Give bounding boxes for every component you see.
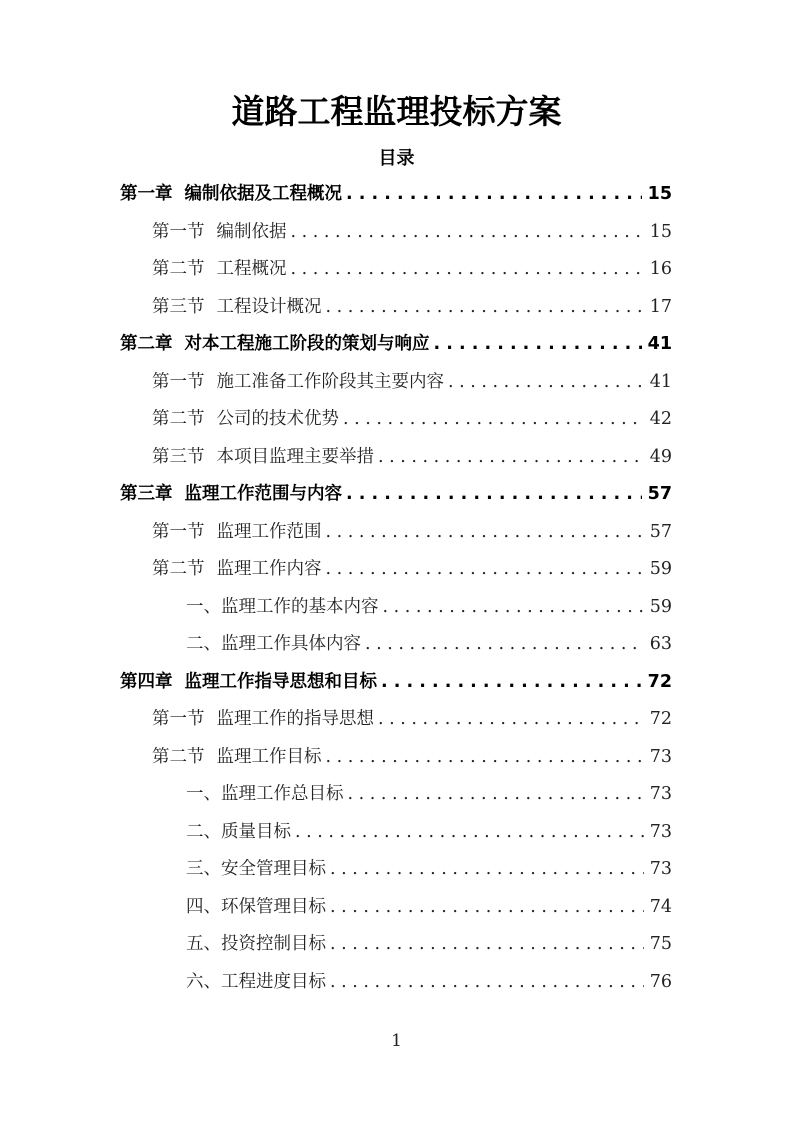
toc-entry-number: 二、 (186, 817, 221, 847)
dot-leader (346, 479, 642, 509)
toc-entry-page: 63 (650, 629, 672, 659)
toc-entry-number: 第三章 (120, 479, 173, 509)
toc-entry-subsection[interactable]: 二、 监理工作具体内容 63 (186, 629, 672, 659)
toc-entry-section[interactable]: 第二节 公司的技术优势 42 (152, 404, 672, 434)
dot-leader (330, 967, 644, 997)
dot-leader (330, 854, 644, 884)
toc-entry-page: 42 (650, 404, 672, 434)
toc-entry-title: 监理工作总目标 (221, 779, 344, 809)
toc-entry-title: 监理工作目标 (217, 742, 322, 772)
toc-entry-page: 73 (650, 817, 672, 847)
toc-entry-number: 第二节 (152, 404, 205, 434)
toc-entry-subsection[interactable]: 二、 质量目标 73 (186, 817, 672, 847)
dot-leader (343, 404, 644, 434)
toc-entry-title: 监理工作的基本内容 (221, 592, 379, 622)
toc-entry-page: 59 (650, 554, 672, 584)
dot-leader (365, 629, 644, 659)
toc-entry-page: 49 (650, 442, 672, 472)
toc-entry-page: 15 (650, 217, 672, 247)
toc-entry-page: 57 (648, 479, 672, 509)
dot-leader (326, 742, 644, 772)
toc-entry-number: 第二章 (120, 329, 173, 359)
toc-entry-title: 工程设计概况 (217, 292, 322, 322)
toc-entry-number: 第一节 (152, 217, 205, 247)
toc-entry-number: 第三节 (152, 292, 205, 322)
dot-leader (381, 667, 642, 697)
toc-entry-page: 73 (650, 854, 672, 884)
toc-entry-number: 第一节 (152, 367, 205, 397)
dot-leader (346, 179, 642, 209)
toc-entry-chapter[interactable]: 第一章 编制依据及工程概况 15 (120, 179, 672, 209)
toc-entry-subsection[interactable]: 六、 工程进度目标 76 (186, 967, 672, 997)
dot-leader (326, 554, 644, 584)
toc-entry-number: 四、 (186, 892, 221, 922)
toc-entry-section[interactable]: 第二节 监理工作内容 59 (152, 554, 672, 584)
dot-leader (326, 292, 644, 322)
toc-entry-section[interactable]: 第二节 工程概况 16 (152, 254, 672, 284)
toc-entry-title: 工程概况 (217, 254, 287, 284)
toc-entry-page: 59 (650, 592, 672, 622)
toc-entry-title: 监理工作范围与内容 (185, 479, 343, 509)
toc-entry-page: 73 (650, 742, 672, 772)
toc-entry-section[interactable]: 第一节 监理工作的指导思想 72 (152, 704, 672, 734)
toc-entry-number: 第一章 (120, 179, 173, 209)
dot-leader (378, 704, 644, 734)
toc-entry-page: 15 (648, 179, 672, 209)
dot-leader (326, 517, 644, 547)
toc-entry-number: 一、 (186, 592, 221, 622)
toc-entry-title: 工程进度目标 (221, 967, 326, 997)
toc-entry-page: 72 (648, 667, 672, 697)
toc-entry-section[interactable]: 第三节 工程设计概况 17 (152, 292, 672, 322)
toc-entry-number: 第二节 (152, 554, 205, 584)
dot-leader (291, 217, 644, 247)
toc-entry-section[interactable]: 第二节 监理工作目标 73 (152, 742, 672, 772)
toc-entry-number: 第四章 (120, 667, 173, 697)
toc-entry-number: 三、 (186, 854, 221, 884)
toc-entry-chapter[interactable]: 第三章 监理工作范围与内容 57 (120, 479, 672, 509)
toc-entry-page: 41 (648, 329, 672, 359)
toc-entry-section[interactable]: 第一节 施工准备工作阶段其主要内容 41 (152, 367, 672, 397)
toc-entry-title: 公司的技术优势 (217, 404, 340, 434)
toc-entry-title: 监理工作的指导思想 (217, 704, 375, 734)
toc-entry-title: 安全管理目标 (221, 854, 326, 884)
toc-entry-number: 第三节 (152, 442, 205, 472)
toc-entry-number: 第一节 (152, 704, 205, 734)
toc-entry-title: 投资控制目标 (221, 929, 326, 959)
dot-leader (330, 929, 644, 959)
toc-entry-page: 57 (650, 517, 672, 547)
toc-entry-subsection[interactable]: 一、 监理工作总目标 73 (186, 779, 672, 809)
toc-entry-chapter[interactable]: 第二章 对本工程施工阶段的策划与响应 41 (120, 329, 672, 359)
toc-entry-title: 监理工作指导思想和目标 (185, 667, 378, 697)
toc-entry-number: 第二节 (152, 254, 205, 284)
toc-entry-chapter[interactable]: 第四章 监理工作指导思想和目标 72 (120, 667, 672, 697)
toc-entry-page: 73 (650, 779, 672, 809)
dot-leader (330, 892, 644, 922)
dot-leader (434, 329, 642, 359)
toc-entry-number: 第一节 (152, 517, 205, 547)
toc-entry-number: 一、 (186, 779, 221, 809)
toc-entry-subsection[interactable]: 五、 投资控制目标 75 (186, 929, 672, 959)
toc-entry-page: 75 (650, 929, 672, 959)
toc-entry-page: 76 (650, 967, 672, 997)
toc-entry-subsection[interactable]: 一、 监理工作的基本内容 59 (186, 592, 672, 622)
toc-entry-subsection[interactable]: 三、 安全管理目标 73 (186, 854, 672, 884)
toc-entry-number: 第二节 (152, 742, 205, 772)
toc-entry-subsection[interactable]: 四、 环保管理目标 74 (186, 892, 672, 922)
dot-leader (448, 367, 644, 397)
page-number: 1 (0, 1031, 793, 1051)
toc-entry-number: 六、 (186, 967, 221, 997)
toc-entry-title: 质量目标 (221, 817, 291, 847)
dot-leader (295, 817, 644, 847)
toc-entry-title: 监理工作范围 (217, 517, 322, 547)
dot-leader (378, 442, 644, 472)
toc-entry-title: 编制依据及工程概况 (185, 179, 343, 209)
toc-entry-title: 施工准备工作阶段其主要内容 (217, 367, 445, 397)
toc-entry-number: 二、 (186, 629, 221, 659)
toc-entry-number: 五、 (186, 929, 221, 959)
dot-leader (383, 592, 644, 622)
toc-entry-title: 环保管理目标 (221, 892, 326, 922)
toc-entry-page: 72 (650, 704, 672, 734)
dot-leader (291, 254, 644, 284)
toc-entry-section[interactable]: 第一节 监理工作范围 57 (152, 517, 672, 547)
toc-entry-title: 本项目监理主要举措 (217, 442, 375, 472)
toc-entry-title: 监理工作具体内容 (221, 629, 361, 659)
document-title: 道路工程监理投标方案 (0, 86, 793, 133)
dot-leader (348, 779, 644, 809)
toc-entry-title: 监理工作内容 (217, 554, 322, 584)
toc-entry-page: 41 (650, 367, 672, 397)
toc-entry-section[interactable]: 第三节 本项目监理主要举措 49 (152, 442, 672, 472)
toc-entry-page: 74 (650, 892, 672, 922)
toc-entry-page: 17 (650, 292, 672, 322)
toc-entry-title: 对本工程施工阶段的策划与响应 (185, 329, 430, 359)
toc-entry-page: 16 (650, 254, 672, 284)
toc-entry-section[interactable]: 第一节 编制依据 15 (152, 217, 672, 247)
toc-entry-title: 编制依据 (217, 217, 287, 247)
toc-heading: 目录 (0, 144, 793, 170)
